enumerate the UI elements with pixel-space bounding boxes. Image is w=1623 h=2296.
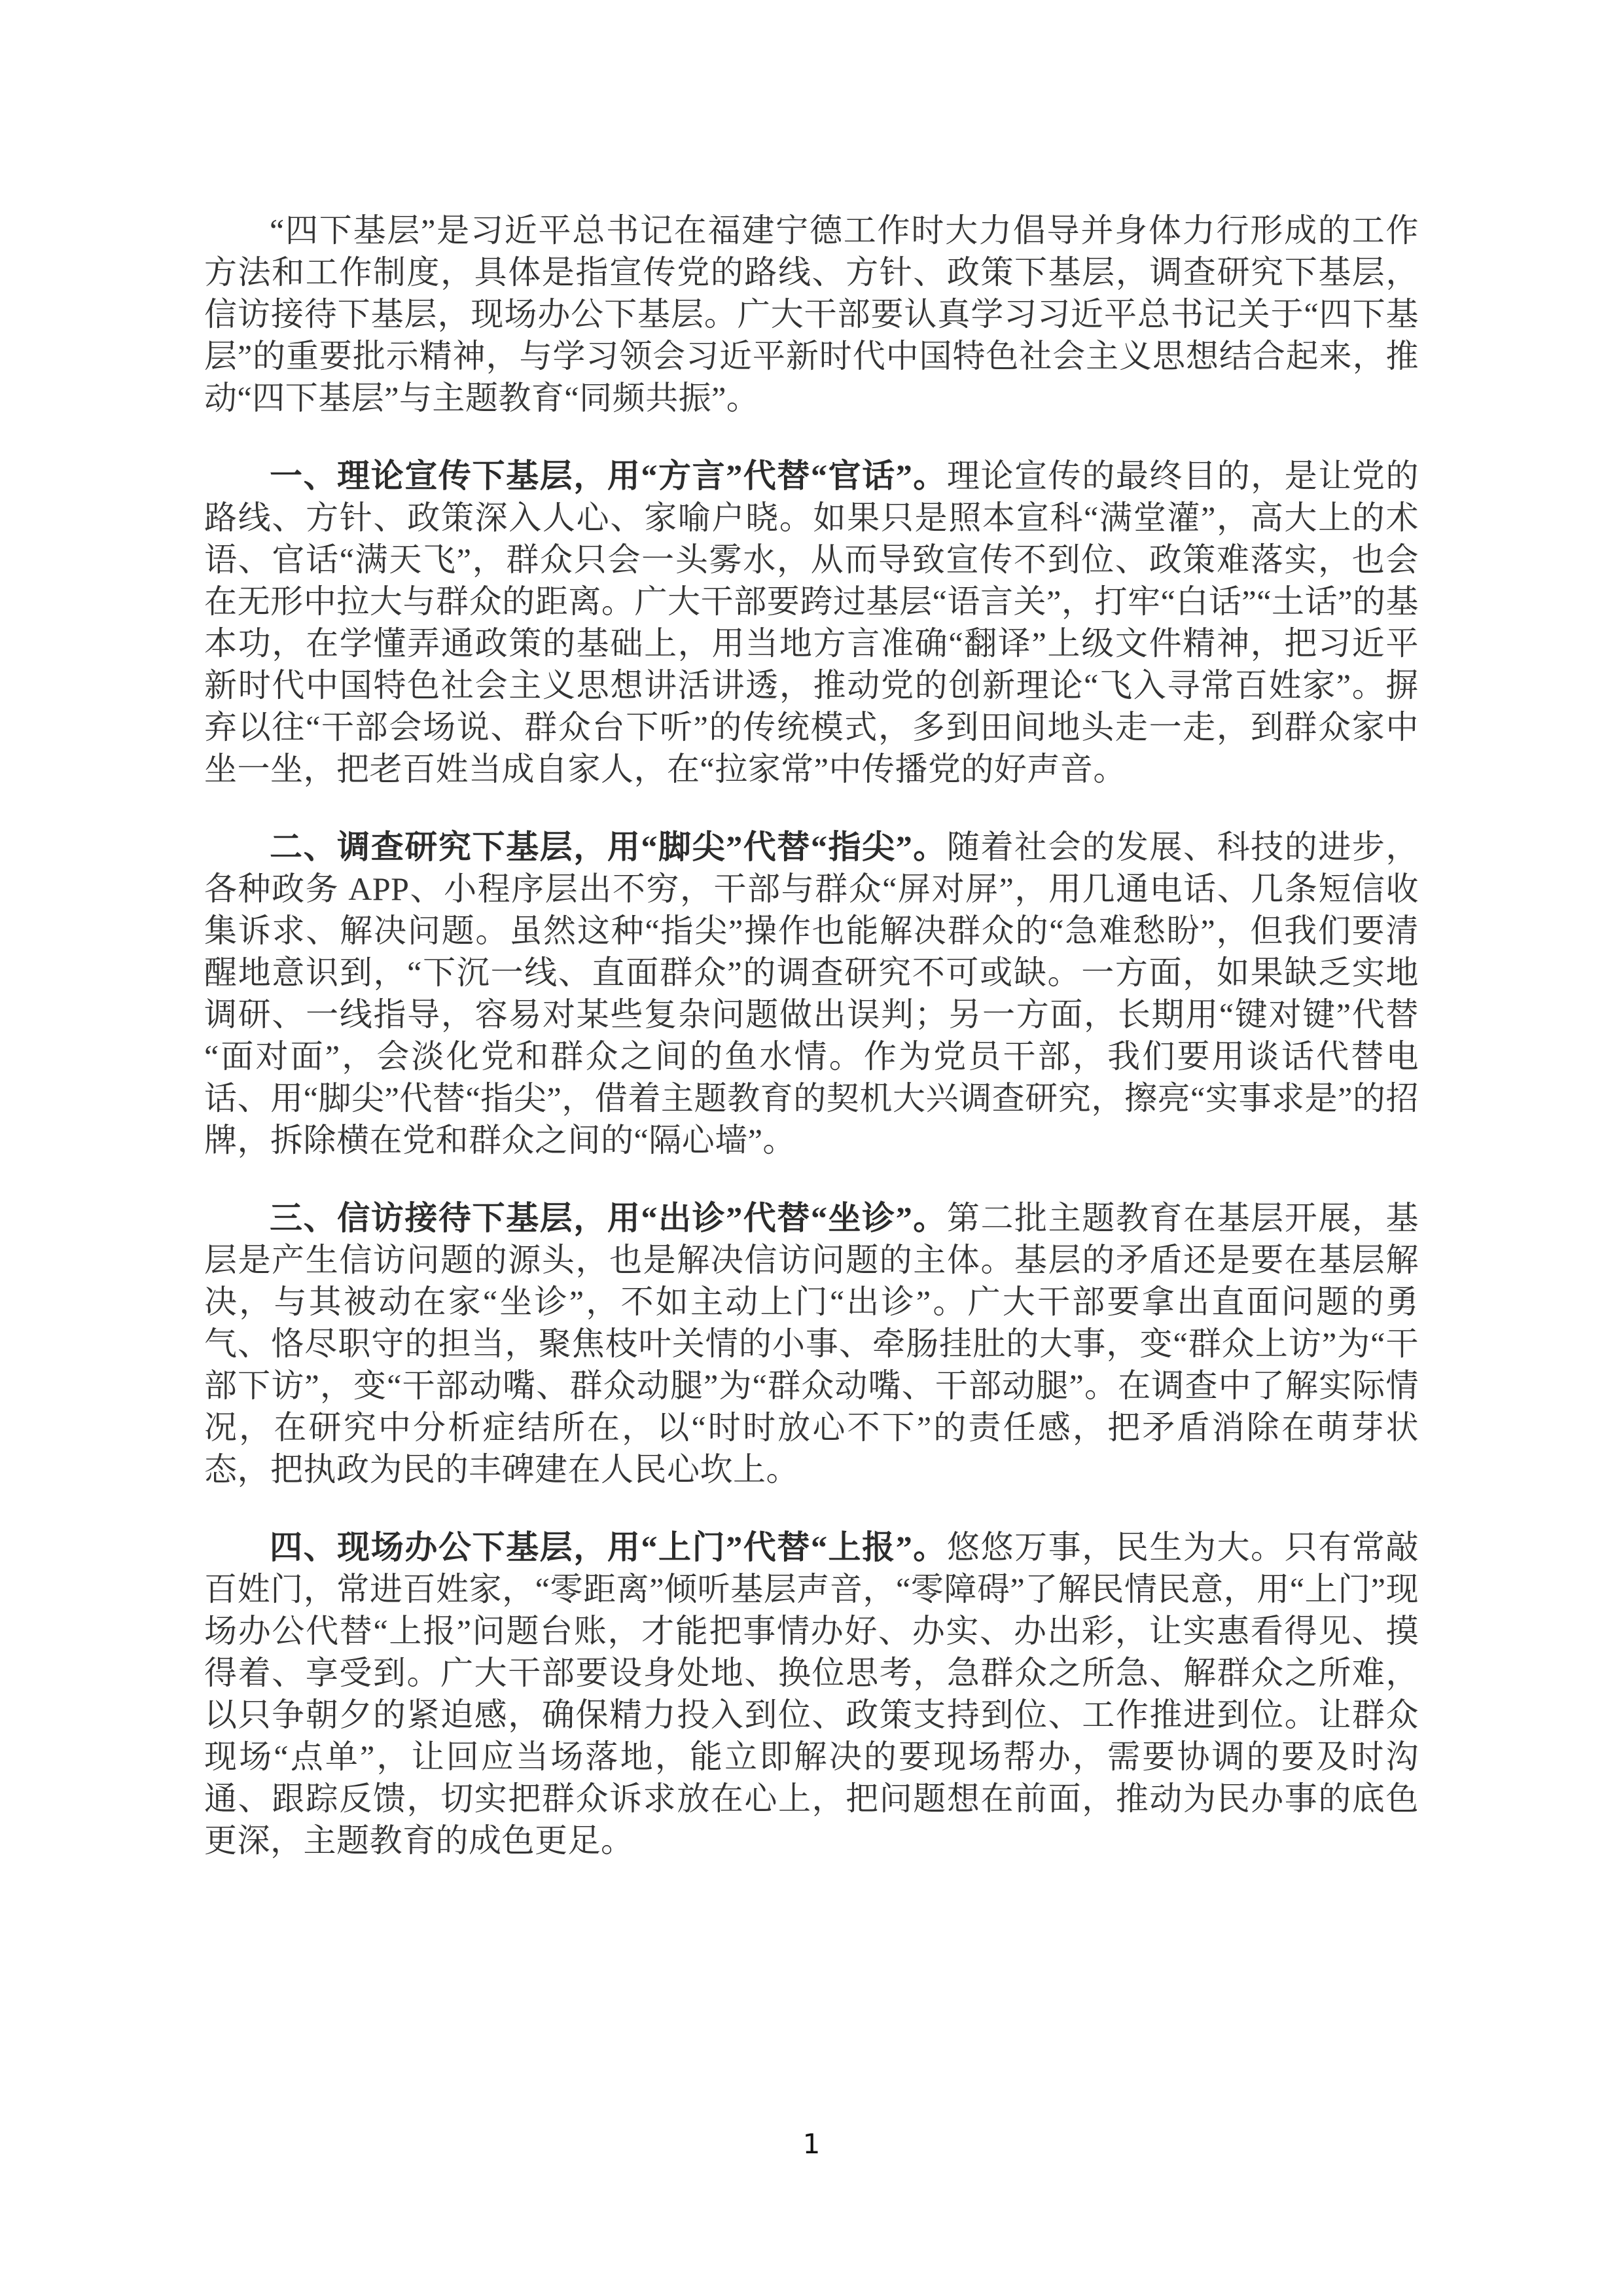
paragraph: 一、理论宣传下基层，用“方言”代替“官话”。理论宣传的最终目的，是让党的路线、方… [204, 455, 1419, 790]
paragraph-heading: 四、现场办公下基层，用“上门”代替“上报”。 [270, 1529, 947, 1566]
paragraph: “四下基层”是习近平总书记在福建宁德工作时大力倡导并身体力行形成的工作方法和工作… [204, 209, 1419, 419]
paragraph: 二、调查研究下基层，用“脚尖”代替“指尖”。随着社会的发展、科技的进步，各种政务… [204, 826, 1419, 1161]
paragraph-body: 随着社会的发展、科技的进步，各种政务 APP、小程序层出不穷，干部与群众“屏对屏… [204, 829, 1419, 1158]
paragraph-body: 第二批主题教育在基层开展，基层是产生信访问题的源头，也是解决信访问题的主体。基层… [204, 1200, 1419, 1488]
document-page: “四下基层”是习近平总书记在福建宁德工作时大力倡导并身体力行形成的工作方法和工作… [0, 0, 1623, 2296]
page-number: 1 [0, 2128, 1623, 2160]
paragraph-heading: 二、调查研究下基层，用“脚尖”代替“指尖”。 [270, 829, 947, 865]
paragraph-heading: 三、信访接待下基层，用“出诊”代替“坐诊”。 [270, 1200, 947, 1236]
paragraph-body: 悠悠万事，民生为大。只有常敲百姓门，常进百姓家，“零距离”倾听基层声音，“零障碍… [204, 1529, 1419, 1859]
paragraph-body: “四下基层”是习近平总书记在福建宁德工作时大力倡导并身体力行形成的工作方法和工作… [204, 212, 1419, 416]
paragraph: 四、现场办公下基层，用“上门”代替“上报”。悠悠万事，民生为大。只有常敲百姓门，… [204, 1526, 1419, 1861]
paragraph: 三、信访接待下基层，用“出诊”代替“坐诊”。第二批主题教育在基层开展，基层是产生… [204, 1197, 1419, 1490]
paragraph-heading: 一、理论宣传下基层，用“方言”代替“官话”。 [270, 457, 947, 494]
document-body-text: “四下基层”是习近平总书记在福建宁德工作时大力倡导并身体力行形成的工作方法和工作… [204, 209, 1419, 1861]
paragraph-body: 理论宣传的最终目的，是让党的路线、方针、政策深入人心、家喻户晓。如果只是照本宣科… [204, 457, 1419, 787]
